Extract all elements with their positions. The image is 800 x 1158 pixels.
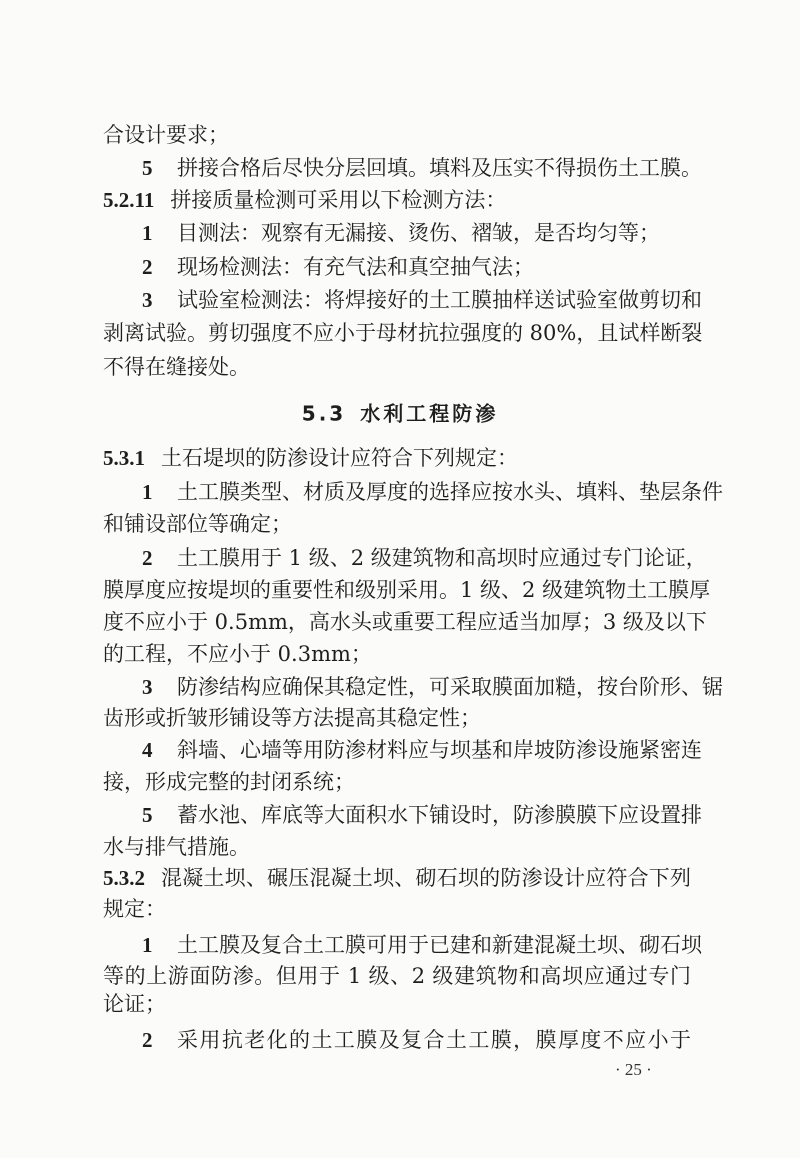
list-item: 1 土工膜类型、材质及厚度的选择应按水头、填料、垫层条件 <box>0 477 800 507</box>
list-item: 1 目测法：观察有无漏接、烫伤、褶皱，是否均匀等； <box>0 218 800 248</box>
clause-number: 5.3.1 <box>103 443 145 473</box>
clause-number: 5.3.2 <box>103 863 145 893</box>
item-text: 土工膜类型、材质及厚度的选择应按水头、填料、垫层条件 <box>177 477 691 507</box>
section-heading: 5.3水利工程防渗 <box>0 398 800 427</box>
item-number: 1 <box>142 218 153 248</box>
text-line: 膜厚度应按堤坝的重要性和级别采用。1 级、2 级建筑物土工膜厚 <box>103 575 691 605</box>
item-text: 目测法：观察有无漏接、烫伤、褶皱，是否均匀等； <box>177 218 660 248</box>
text-line: 度不应小于 0.5mm，高水头或重要工程应适当加厚；3 级及以下 <box>103 607 691 637</box>
text-line: 齿形或折皱形铺设等方法提高其稳定性； <box>103 703 481 733</box>
list-item: 2 土工膜用于 1 级、2 级建筑物和高坝时应通过专门论证， <box>0 543 800 573</box>
item-text: 斜墙、心墙等用防渗材料应与坝基和岸坡防渗设施紧密连 <box>177 735 691 765</box>
list-item: 4 斜墙、心墙等用防渗材料应与坝基和岸坡防渗设施紧密连 <box>0 735 800 765</box>
text-line: 水与排气措施。 <box>103 832 250 862</box>
list-item: 2 现场检测法：有充气法和真空抽气法； <box>0 252 800 282</box>
item-text: 现场检测法：有充气法和真空抽气法； <box>177 252 534 282</box>
clause-5-2-11: 5.2.11拼接质量检测可采用以下检测方法： <box>103 185 506 215</box>
clause-text: 土石堤坝的防渗设计应符合下列规定： <box>161 446 518 470</box>
item-text: 拼接合格后尽快分层回填。填料及压实不得损伤土工膜。 <box>177 153 691 183</box>
list-item: 3 防渗结构应确保其稳定性，可采取膜面加糙，按台阶形、锯 <box>0 672 800 702</box>
item-number: 1 <box>142 477 153 507</box>
text-line: 接，形成完整的封闭系统； <box>103 767 355 797</box>
clause-text: 混凝土坝、碾压混凝土坝、砌石坝的防渗设计应符合下列 <box>161 863 691 893</box>
text-line: 不得在缝接处。 <box>103 352 250 382</box>
item-text: 蓄水池、库底等大面积水下铺设时，防渗膜膜下应设置排 <box>177 800 691 830</box>
clause-5-3-2: 5.3.2混凝土坝、碾压混凝土坝、砌石坝的防渗设计应符合下列 <box>103 863 691 893</box>
item-number: 2 <box>142 543 153 573</box>
item-number: 2 <box>142 252 153 282</box>
item-number: 5 <box>142 800 153 830</box>
text-line: 规定： <box>103 894 166 924</box>
paragraph-continuation: 合设计要求； <box>103 120 229 150</box>
list-item: 5 拼接合格后尽快分层回填。填料及压实不得损伤土工膜。 <box>0 153 800 183</box>
list-item: 3 试验室检测法：将焊接好的土工膜抽样送试验室做剪切和 <box>0 285 800 315</box>
item-number: 3 <box>142 285 153 315</box>
clause-text: 拼接质量检测可采用以下检测方法： <box>170 188 506 212</box>
section-number: 5.3 <box>302 402 346 426</box>
document-page: 合设计要求； 5 拼接合格后尽快分层回填。填料及压实不得损伤土工膜。 5.2.1… <box>0 0 800 1158</box>
item-text: 采用抗老化的土工膜及复合土工膜，膜厚度不应小于 <box>177 1025 691 1055</box>
list-item: 1 土工膜及复合土工膜可用于已建和新建混凝土坝、砌石坝 <box>0 930 800 960</box>
text-line: 论证； <box>103 989 166 1019</box>
page-number: · 25 · <box>615 1060 652 1080</box>
text-line: 剥离试验。剪切强度不应小于母材抗拉强度的 80%，且试样断裂 <box>103 318 691 348</box>
item-text: 防渗结构应确保其稳定性，可采取膜面加糙，按台阶形、锯 <box>177 672 691 702</box>
list-item: 2 采用抗老化的土工膜及复合土工膜，膜厚度不应小于 <box>0 1025 800 1055</box>
item-number: 4 <box>142 735 153 765</box>
text-line: 等的上游面防渗。但用于 1 级、2 级建筑物和高坝应通过专门 <box>103 961 691 991</box>
item-text: 土工膜用于 1 级、2 级建筑物和高坝时应通过专门论证， <box>177 543 691 573</box>
list-item: 5 蓄水池、库底等大面积水下铺设时，防渗膜膜下应设置排 <box>0 800 800 830</box>
item-number: 5 <box>142 153 153 183</box>
section-title: 水利工程防渗 <box>360 402 498 426</box>
item-text: 试验室检测法：将焊接好的土工膜抽样送试验室做剪切和 <box>177 285 691 315</box>
text-line: 和铺设部位等确定； <box>103 509 292 539</box>
item-text: 土工膜及复合土工膜可用于已建和新建混凝土坝、砌石坝 <box>177 930 691 960</box>
item-number: 2 <box>142 1025 153 1055</box>
clause-5-3-1: 5.3.1土石堤坝的防渗设计应符合下列规定： <box>103 443 518 473</box>
item-number: 1 <box>142 930 153 960</box>
clause-number: 5.2.11 <box>103 185 154 215</box>
text-line: 的工程，不应小于 0.3mm； <box>103 639 372 669</box>
item-number: 3 <box>142 672 153 702</box>
